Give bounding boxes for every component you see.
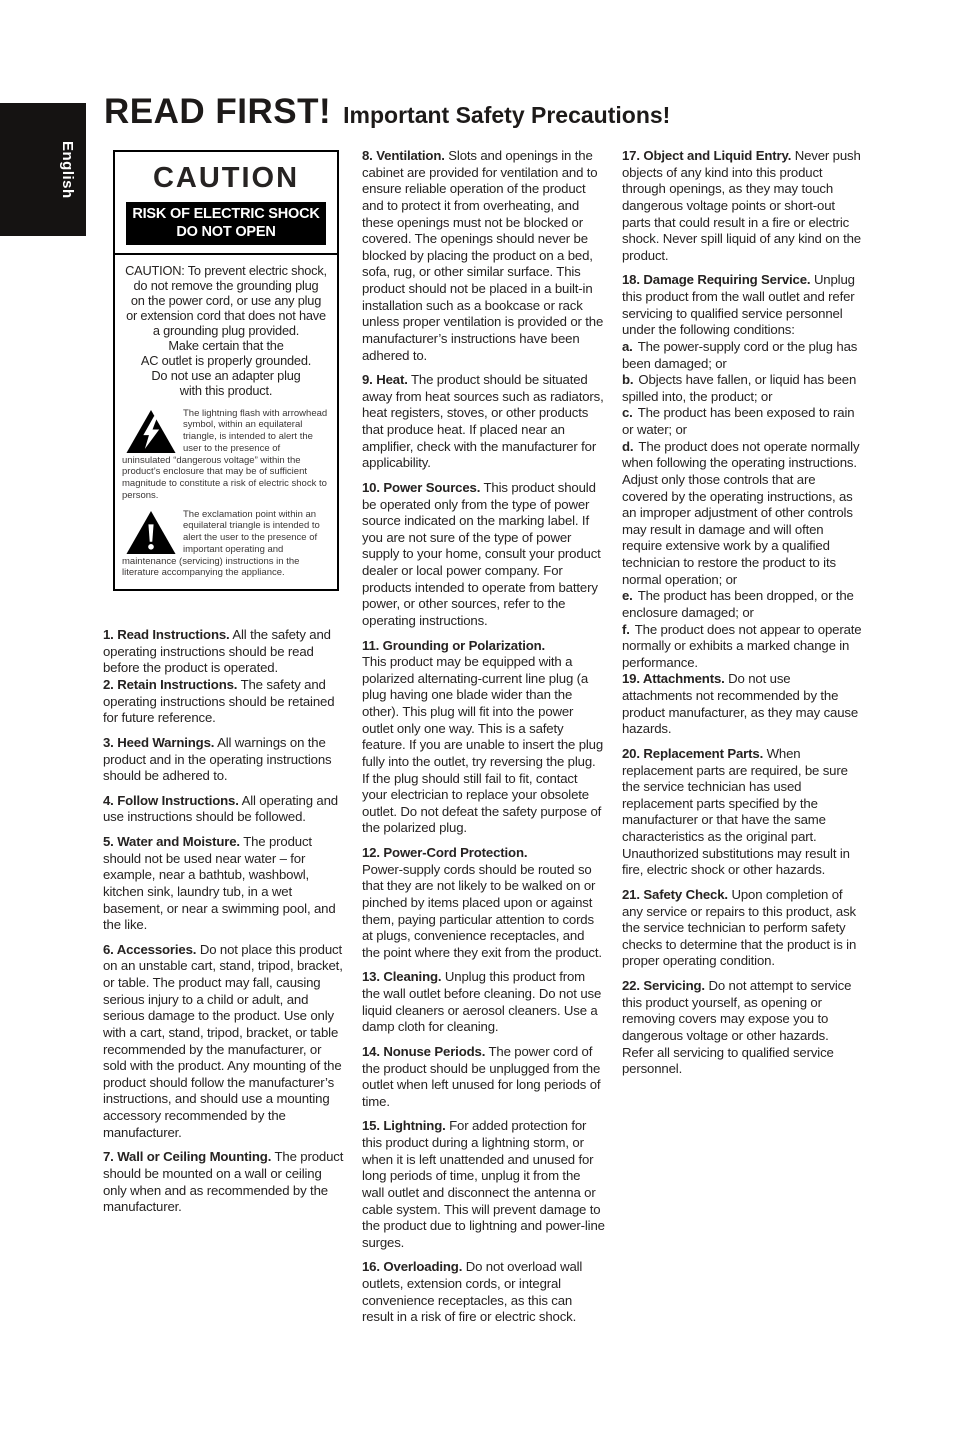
- sub-item-label: f.: [622, 622, 635, 637]
- instruction-item-21: 21. Safety Check. Upon completion of any…: [622, 887, 862, 970]
- instruction-title: 21. Safety Check.: [622, 887, 728, 902]
- sub-item-label: b.: [622, 372, 638, 387]
- sub-item-label: e.: [622, 588, 638, 603]
- page-header: READ FIRST! Important Safety Precautions…: [104, 92, 670, 132]
- instruction-title: 13. Cleaning.: [362, 969, 441, 984]
- instruction-body: This product should be operated only fro…: [362, 480, 601, 628]
- sub-item-text: The power-supply cord or the plug has be…: [622, 339, 857, 371]
- instruction-item-11: 11. Grounding or Polarization. This prod…: [362, 638, 605, 838]
- instruction-body: Do not place this product on an unstable…: [103, 942, 343, 1140]
- instruction-title: 6. Accessories.: [103, 942, 196, 957]
- instruction-item-20: 20. Replacement Parts. When replacement …: [622, 746, 862, 879]
- instruction-title: 10. Power Sources.: [362, 480, 480, 495]
- page-subtitle: Important Safety Precautions!: [343, 102, 670, 129]
- language-tab: English: [0, 103, 86, 236]
- lightning-note: The lightning flash with arrowhead symbo…: [115, 403, 337, 504]
- instruction-body: Slots and openings in the cabinet are pr…: [362, 148, 603, 363]
- instruction-item-9: 9. Heat. The product should be situated …: [362, 372, 605, 472]
- sub-item-b: b.Objects have fallen, or liquid has bee…: [622, 372, 862, 405]
- instructions-column-1: CAUTION RISK OF ELECTRIC SHOCK DO NOT OP…: [103, 148, 345, 1334]
- exclamation-note: The exclamation point within an equilate…: [115, 504, 337, 590]
- instructions-column-3: 17. Object and Liquid Entry. Never push …: [622, 148, 862, 1334]
- instruction-title: 14. Nonuse Periods.: [362, 1044, 485, 1059]
- instruction-item-12: 12. Power-Cord Protection. Power-supply …: [362, 845, 605, 961]
- sub-item-e: e.The product has been dropped, or the e…: [622, 588, 862, 621]
- sub-item-text: The product does not appear to operate n…: [622, 622, 861, 670]
- sub-item-c: c.The product has been exposed to rain o…: [622, 405, 862, 438]
- instruction-body: When replacement parts are required, be …: [622, 746, 850, 877]
- exclamation-triangle-icon: [125, 510, 177, 555]
- instruction-item-16: 16. Overloading. Do not overload wall ou…: [362, 1259, 605, 1326]
- instruction-title: 17. Object and Liquid Entry.: [622, 148, 791, 163]
- sub-item-text: The product does not operate normally wh…: [622, 439, 859, 587]
- instruction-title: 9. Heat.: [362, 372, 408, 387]
- instruction-item-10: 10. Power Sources. This product should b…: [362, 480, 605, 630]
- instruction-title: 22. Servicing.: [622, 978, 705, 993]
- instruction-item-17: 17. Object and Liquid Entry. Never push …: [622, 148, 862, 264]
- instruction-title: 12. Power-Cord Protection.: [362, 845, 605, 862]
- caution-box: CAUTION RISK OF ELECTRIC SHOCK DO NOT OP…: [113, 150, 339, 591]
- instruction-title: 19. Attachments.: [622, 671, 725, 686]
- instruction-item-19: 19. Attachments. Do not use attachments …: [622, 671, 862, 738]
- sub-item-text: The product has been dropped, or the enc…: [622, 588, 854, 620]
- instruction-title: 8. Ventilation.: [362, 148, 445, 163]
- sub-item-label: a.: [622, 339, 638, 354]
- manual-page: English READ FIRST! Important Safety Pre…: [0, 0, 954, 1452]
- caution-heading: CAUTION: [115, 152, 337, 202]
- instruction-item-6: 6. Accessories. Do not place this produc…: [103, 942, 345, 1142]
- instruction-18-conditions: a.The power-supply cord or the plug has …: [622, 339, 862, 672]
- sub-item-text: Objects have fallen, or liquid has been …: [622, 372, 856, 404]
- instruction-title: 1. Read Instructions.: [103, 627, 230, 642]
- page-title: READ FIRST!: [104, 92, 331, 132]
- sub-item-a: a.The power-supply cord or the plug has …: [622, 339, 862, 372]
- instruction-item-22: 22. Servicing. Do not attempt to service…: [622, 978, 862, 1078]
- instruction-title: 20. Replacement Parts.: [622, 746, 763, 761]
- instruction-item-18: 18. Damage Requiring Service. Unplug thi…: [622, 272, 862, 339]
- instruction-item-2: 2. Retain Instructions. The safety and o…: [103, 677, 345, 727]
- instruction-body: This product may be equipped with a pola…: [362, 654, 603, 835]
- instruction-title: 4. Follow Instructions.: [103, 793, 239, 808]
- instruction-item-13: 13. Cleaning. Unplug this product from t…: [362, 969, 605, 1036]
- instruction-item-1: 1. Read Instructions. All the safety and…: [103, 627, 345, 677]
- sub-item-text: The product has been exposed to rain or …: [622, 405, 854, 437]
- instruction-item-3: 3. Heed Warnings. All warnings on the pr…: [103, 735, 345, 785]
- instruction-item-15: 15. Lightning. For added protection for …: [362, 1118, 605, 1251]
- instruction-body: Power-supply cords should be routed so t…: [362, 862, 602, 960]
- caution-text: CAUTION: To prevent electric shock, do n…: [115, 255, 337, 403]
- instruction-body: For added protection for this product du…: [362, 1118, 605, 1249]
- sub-item-label: c.: [622, 405, 638, 420]
- instruction-item-4: 4. Follow Instructions. All operating an…: [103, 793, 345, 826]
- instructions-column-2: 8. Ventilation. Slots and openings in th…: [362, 148, 605, 1334]
- instruction-item-5: 5. Water and Moisture. The product shoul…: [103, 834, 345, 934]
- instruction-title: 2. Retain Instructions.: [103, 677, 237, 692]
- lightning-triangle-icon: [125, 409, 177, 454]
- sub-item-f: f.The product does not appear to operate…: [622, 622, 862, 672]
- instruction-title: 3. Heed Warnings.: [103, 735, 214, 750]
- instruction-body: Never push objects of any kind into this…: [622, 148, 861, 263]
- language-tab-label: English: [59, 141, 76, 199]
- instruction-title: 5. Water and Moisture.: [103, 834, 240, 849]
- instruction-item-7: 7. Wall or Ceiling Mounting. The product…: [103, 1149, 345, 1216]
- content-columns: CAUTION RISK OF ELECTRIC SHOCK DO NOT OP…: [103, 148, 862, 1334]
- sub-item-d: d.The product does not operate normally …: [622, 439, 862, 589]
- instruction-title: 18. Damage Requiring Service.: [622, 272, 810, 287]
- instruction-title: 11. Grounding or Polarization.: [362, 638, 605, 655]
- instruction-title: 16. Overloading.: [362, 1259, 462, 1274]
- sub-item-label: d.: [622, 439, 638, 454]
- instruction-title: 7. Wall or Ceiling Mounting.: [103, 1149, 271, 1164]
- instruction-item-14: 14. Nonuse Periods. The power cord of th…: [362, 1044, 605, 1111]
- instruction-title: 15. Lightning.: [362, 1118, 446, 1133]
- instruction-item-8: 8. Ventilation. Slots and openings in th…: [362, 148, 605, 364]
- electric-shock-warning-bar: RISK OF ELECTRIC SHOCK DO NOT OPEN: [126, 202, 326, 245]
